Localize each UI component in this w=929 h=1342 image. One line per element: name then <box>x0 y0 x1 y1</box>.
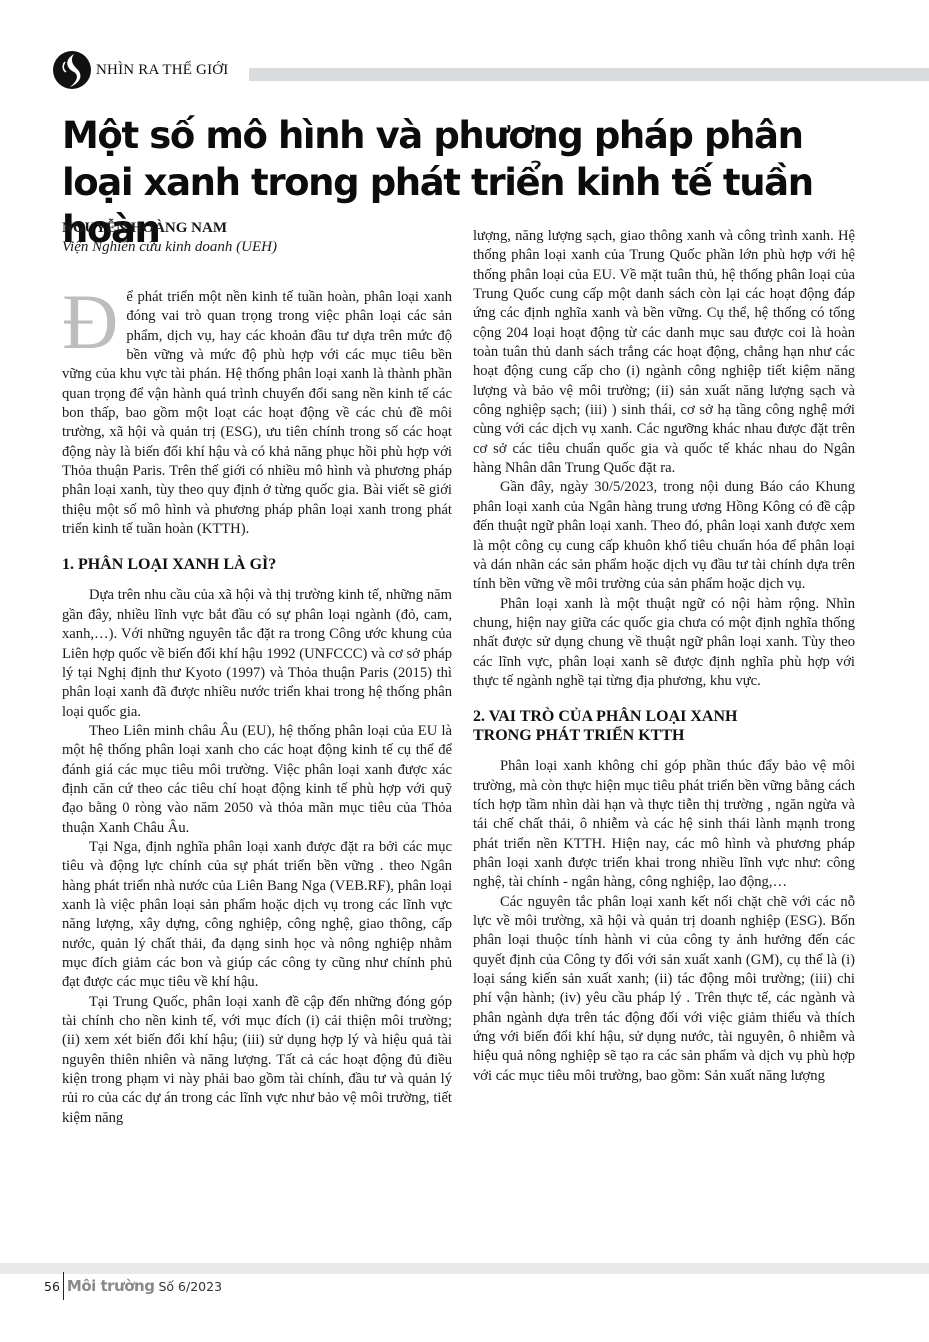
magazine-page: NHÌN RA THẾ GIỚI Một số mô hình và phươn… <box>0 0 929 1342</box>
section-2-heading-line1: 2. VAI TRÒ CỦA PHÂN LOẠI XANH <box>473 708 737 725</box>
magazine-name: Môi trường <box>67 1277 155 1295</box>
page-number: 56 <box>44 1279 60 1294</box>
body-paragraph: Gần đây, ngày 30/5/2023, trong nội dung … <box>473 478 855 594</box>
body-paragraph: Phân loại xanh không chỉ góp phần thúc đ… <box>473 757 855 892</box>
page-footer: 56 Môi trường Số 6/2023 <box>44 1272 222 1300</box>
body-paragraph: Các nguyên tắc phân loại xanh kết nối ch… <box>473 893 855 1086</box>
section-header: NHÌN RA THẾ GIỚI <box>52 50 229 90</box>
drop-cap: Đ <box>62 292 118 352</box>
author-affiliation: Viện Nghiên cứu kinh doanh (UEH) <box>62 239 277 256</box>
section-2-heading: 2. VAI TRÒ CỦA PHÂN LOẠI XANH TRONG PHÁT… <box>473 707 855 745</box>
body-paragraph: Tại Trung Quốc, phân loại xanh đề cập đế… <box>62 993 452 1128</box>
circle-swirl-logo-icon <box>52 50 92 90</box>
issue-number: Số 6/2023 <box>158 1279 222 1294</box>
section-label: NHÌN RA THẾ GIỚI <box>96 62 229 79</box>
intro-paragraph: Để phát triển một nền kinh tế tuần hoàn,… <box>62 288 452 539</box>
body-paragraph: Dựa trên nhu cầu của xã hội và thị trườn… <box>62 586 452 721</box>
right-column: lượng, năng lượng sạch, giao thông xanh … <box>473 227 855 1086</box>
body-paragraph: Theo Liên minh châu Âu (EU), hệ thống ph… <box>62 722 452 838</box>
section-1-heading: 1. PHÂN LOẠI XANH LÀ GÌ? <box>62 555 452 574</box>
section-2-heading-line2: TRONG PHÁT TRIỂN KTTH <box>473 727 684 744</box>
body-paragraph: Tại Nga, định nghĩa phân loại xanh được … <box>62 838 452 993</box>
footer-separator <box>63 1272 64 1300</box>
intro-text: ể phát triển một nền kinh tế tuần hoàn, … <box>62 289 452 537</box>
left-column: Để phát triển một nền kinh tế tuần hoàn,… <box>62 288 452 1128</box>
author-name: NGUYỄN HOÀNG NAM <box>62 220 227 237</box>
header-divider-bar <box>249 68 929 81</box>
continued-paragraph: lượng, năng lượng sạch, giao thông xanh … <box>473 227 855 478</box>
body-paragraph: Phân loại xanh là một thuật ngữ có nội h… <box>473 595 855 692</box>
